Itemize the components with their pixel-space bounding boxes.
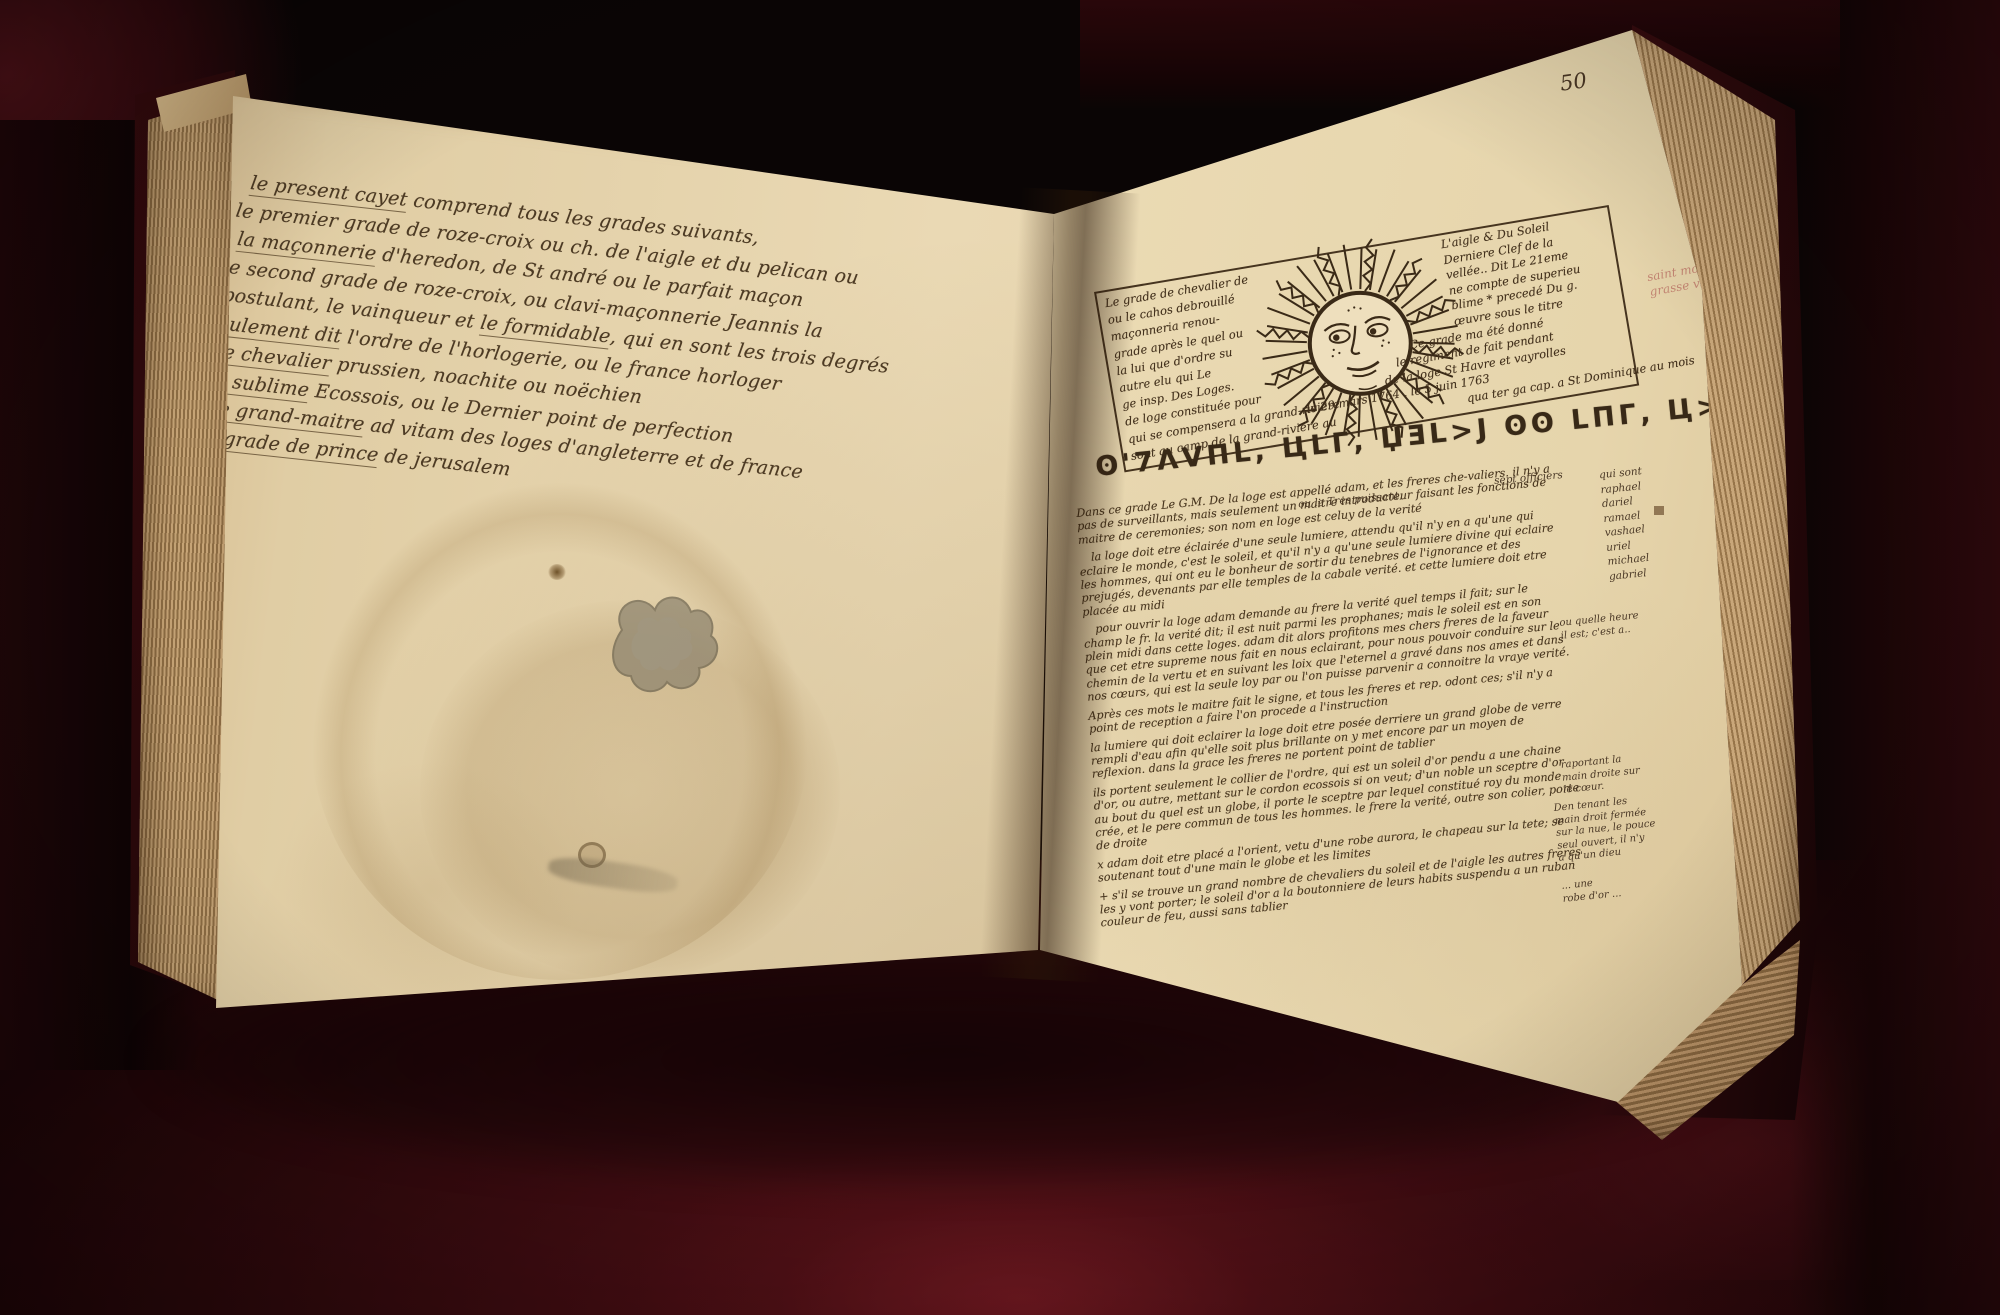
photograph-scene: le present cayet comprend tous les grade… bbox=[0, 0, 2000, 1315]
velvet-backdrop-right bbox=[1790, 0, 2000, 1315]
brown-stain-top bbox=[1082, 118, 1134, 162]
